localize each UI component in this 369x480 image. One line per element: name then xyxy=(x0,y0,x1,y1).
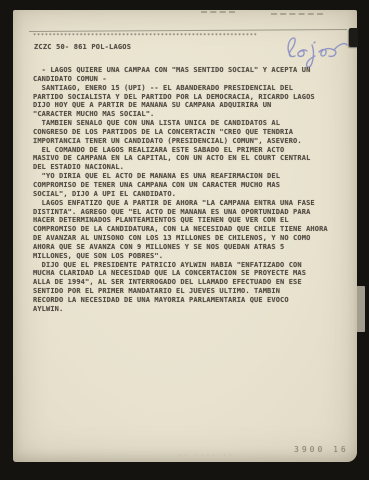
slug-line: ZCZC 50- 861 POL-LAGOS xyxy=(34,43,131,51)
scanned-telex-page: ****************************************… xyxy=(0,0,369,480)
faint-stamp: ·· ···· ·· xyxy=(178,452,234,459)
article-text: - LAGOS QUIERE UNA CAMPAA CON "MAS SENTI… xyxy=(33,66,328,314)
faint-dash-mark xyxy=(271,13,323,15)
separator-asterisk-row: ****************************************… xyxy=(33,33,257,39)
ink-smudge xyxy=(349,28,358,47)
faint-dash-mark xyxy=(201,11,235,13)
paper: ****************************************… xyxy=(13,10,357,462)
page-number-stamp: 3900 16 xyxy=(294,445,349,454)
